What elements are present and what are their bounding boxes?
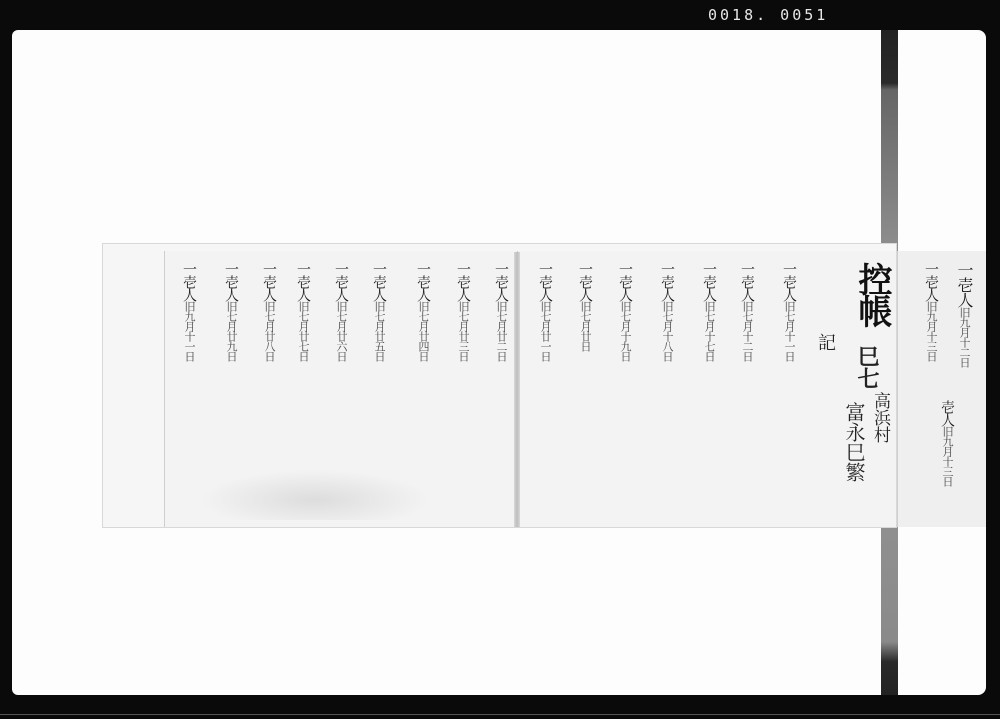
page-fold <box>514 252 520 527</box>
ledger-entry: 一壱人旧七月廿四日 <box>416 262 430 361</box>
ledger-entry: 一壱人旧七月十九日 <box>618 262 632 361</box>
year-label: 巳七 <box>852 345 883 389</box>
ledger-entry: 一壱人旧七月十一日 <box>782 262 796 361</box>
ledger-entry: 一壱人旧七月廿六日 <box>334 262 348 361</box>
ledger-entry: 一壱人旧七月廿九日 <box>224 262 238 361</box>
film-edge-line <box>0 714 1000 715</box>
paper-stain <box>200 470 430 520</box>
ledger-entry: 一壱人旧七月廿一日 <box>538 262 552 361</box>
microfilm-frame-number: 0018. 0051 <box>708 6 828 24</box>
ledger-entry: 一壱人旧七月廿八日 <box>262 262 276 361</box>
ledger-entry: 一壱人旧七月十七日 <box>702 262 716 361</box>
author-name: 富永巳繁 <box>840 402 869 482</box>
ledger-entry: 一壱人旧七月廿日 <box>578 262 592 351</box>
ledger-entry: 一壱人旧九月十一日 <box>182 262 196 361</box>
ledger-entry: 一壱人旧七月十八日 <box>660 262 674 361</box>
ledger-entry: 一壱人旧七月廿七日 <box>296 262 310 361</box>
ledger-entry: 一壱人旧九月十三日 <box>924 262 938 361</box>
document-title: 控帳 <box>848 262 897 326</box>
ledger-entry: 一壱人旧七月廿三日 <box>456 262 470 361</box>
village-name: 高浜村 <box>868 392 893 443</box>
header-note: 記 <box>812 333 838 351</box>
ledger-entry: 一壱人旧七月廿二日 <box>494 262 508 361</box>
ledger-entry: 壱人旧九月十三日 <box>940 400 954 486</box>
ledger-entry: 一壱人旧七月廿五日 <box>372 262 386 361</box>
ledger-entry: 一壱人旧九月十二日 <box>956 262 973 367</box>
ledger-entry: 一壱人旧七月十二日 <box>740 262 754 361</box>
